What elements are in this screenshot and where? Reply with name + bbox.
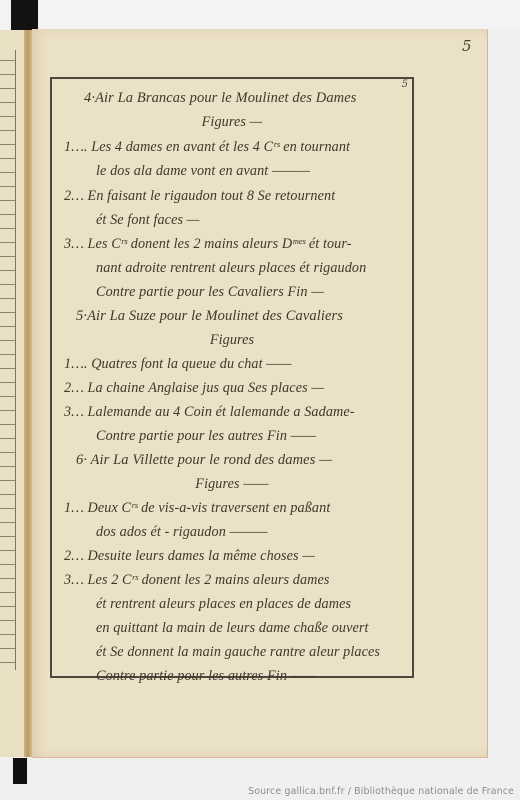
left-page-edge <box>0 30 26 757</box>
figure-line: 1… Deux Cʳˢ de vis-a-vis traversent en p… <box>64 500 330 517</box>
figure-line: 3… Les Cʳˢ donent les 2 mains aleurs Dᵐᵉ… <box>64 236 352 253</box>
figure-line: le dos ala dame vont en avant ——— <box>96 163 310 180</box>
section-subtitle: Figures —— <box>52 476 412 493</box>
figure-line: ét Se font faces — <box>96 212 199 229</box>
section-subtitle: Figures — <box>52 114 412 131</box>
section-subtitle: Figures <box>52 332 412 349</box>
bookmark-ribbon-top <box>11 0 38 30</box>
section-title: 6· Air La Villette pour le rond des dame… <box>76 452 332 469</box>
music-staff-fragment <box>0 50 16 670</box>
source-attribution: Source gallica.bnf.fr / Bibliothèque nat… <box>248 786 514 797</box>
figure-line: Contre partie pour les Cavaliers Fin — <box>96 284 324 301</box>
figure-line: Contre partie pour les autres Fin —— <box>96 428 316 445</box>
figure-line: 3… Les 2 Cʳˢ donent les 2 mains aleurs d… <box>64 572 330 589</box>
figure-line: nant adroite rentrent aleurs places ét r… <box>96 260 366 277</box>
section-title: 5·Air La Suze pour le Moulinet des Caval… <box>76 308 343 325</box>
figure-line: 2… Desuite leurs dames la même choses — <box>64 548 315 565</box>
figure-line: 2… En faisant le rigaudon tout 8 Se reto… <box>64 188 335 205</box>
page-number: 5 <box>462 37 472 55</box>
figure-line: 1…. Les 4 dames en avant ét les 4 Cʳˢ en… <box>64 139 350 156</box>
figure-line: dos ados ét - rigaudon ——— <box>96 524 268 541</box>
figure-line: Contre partie pour les autres Fin —— <box>96 668 316 685</box>
text-frame: 5 4·Air La Brancas pour le Moulinet des … <box>50 77 414 678</box>
bookmark-ribbon-bottom <box>13 758 27 784</box>
manuscript-page: 5 5 4·Air La Brancas pour le Moulinet de… <box>32 29 488 758</box>
figure-line: ét rentrent aleurs places en places de d… <box>96 596 351 613</box>
frame-corner-mark: 5 <box>402 79 408 90</box>
figure-line: 3… Lalemande au 4 Coin ét lalemande a Sa… <box>64 404 355 421</box>
section-title: 4·Air La Brancas pour le Moulinet des Da… <box>84 90 357 107</box>
viewer-top-band <box>0 0 520 30</box>
figure-line: 1…. Quatres font la queue du chat —— <box>64 356 292 373</box>
figure-line: en quittant la main de leurs dame chaße … <box>96 620 369 637</box>
figure-line: 2… La chaine Anglaise jus qua Ses places… <box>64 380 324 397</box>
figure-line: ét Se donnent la main gauche rantre aleu… <box>96 644 380 661</box>
